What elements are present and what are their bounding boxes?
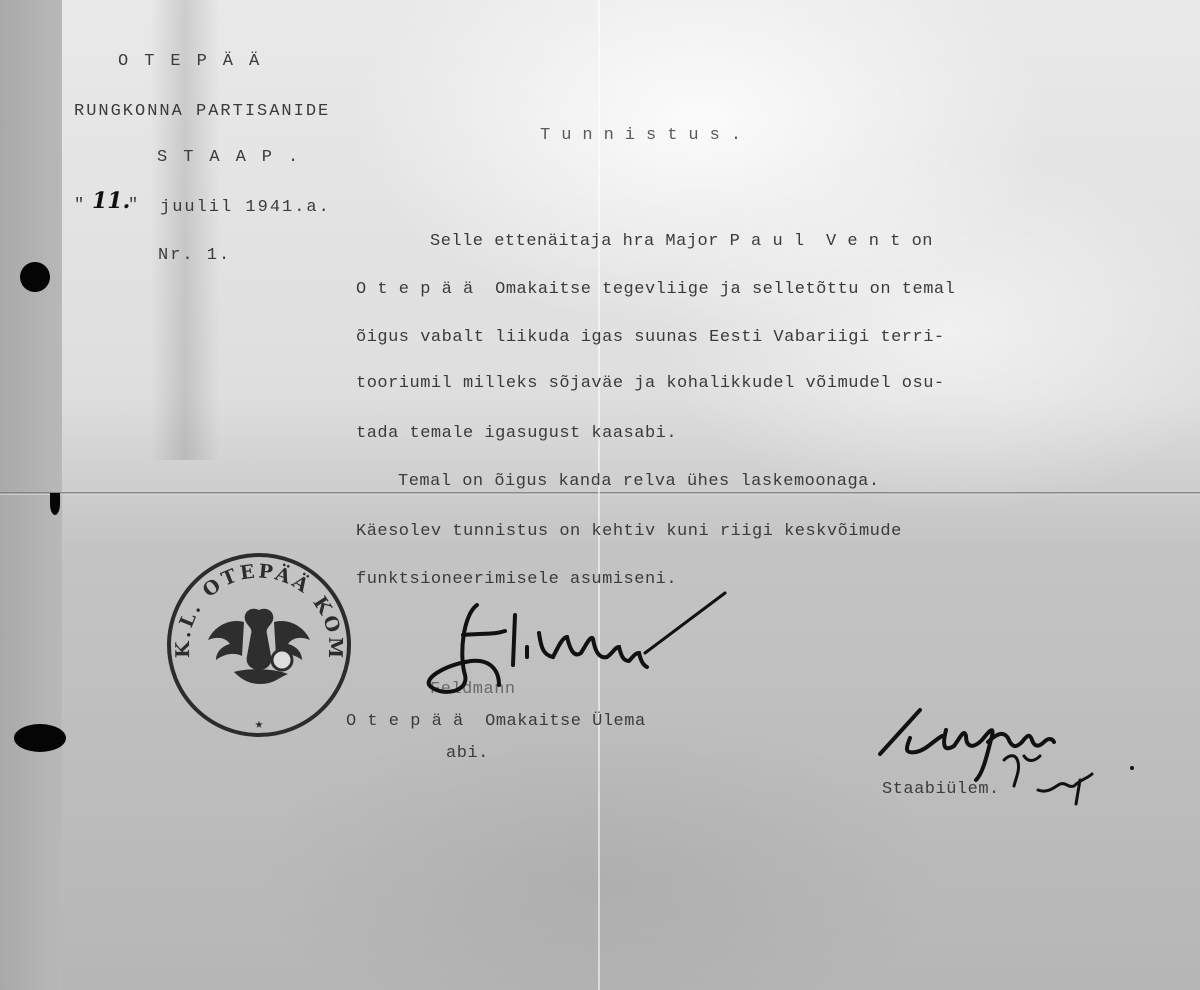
body-line: Käesolev tunnistus on kehtiv kuni riigi … bbox=[356, 522, 902, 541]
document-title: Tunnistus. bbox=[540, 126, 752, 145]
body-line: Selle ettenäitaja hra Major P a u l V e … bbox=[430, 232, 933, 251]
date-day-handwritten: 11. bbox=[92, 188, 130, 214]
date-quote-open: " bbox=[74, 196, 85, 215]
body-line: tada temale igasugust kaasabi. bbox=[356, 424, 677, 443]
date-quote-close: " bbox=[128, 196, 139, 215]
ink-dot bbox=[1130, 766, 1134, 770]
vertical-fold-line bbox=[598, 0, 600, 990]
horizontal-fold-line bbox=[0, 492, 1200, 495]
document-number: Nr. 1. bbox=[158, 246, 231, 265]
date-text: juulil 1941.a. bbox=[160, 198, 331, 217]
signature-right-icon bbox=[870, 690, 1170, 820]
header-line-3: STAAP. bbox=[157, 148, 314, 167]
body-line: õigus vabalt liikuda igas suunas Eesti V… bbox=[356, 328, 945, 347]
body-line: Temal on õigus kanda relva ühes laskemoo… bbox=[398, 472, 880, 491]
signatory-left-title-2: abi. bbox=[446, 744, 489, 763]
body-line: tooriumil milleks sõjaväe ja kohalikkude… bbox=[356, 374, 945, 393]
signatory-left-title: O t e p ä ä Omakaitse Ülema bbox=[346, 712, 646, 731]
punch-hole-icon bbox=[20, 262, 50, 292]
punch-hole-icon bbox=[14, 724, 66, 752]
header-line-1: OTEPÄÄ bbox=[118, 52, 275, 71]
header-line-2: RUNGKONNA PARTISANIDE bbox=[74, 102, 330, 121]
stamp-seal-icon: K.L. OTEPÄÄ KOMPANII ★ bbox=[164, 550, 354, 740]
punch-hole-icon bbox=[50, 493, 60, 515]
svg-text:★: ★ bbox=[255, 717, 264, 733]
official-stamp: K.L. OTEPÄÄ KOMPANII ★ bbox=[164, 550, 354, 740]
signature-left-icon bbox=[415, 585, 775, 705]
body-line: O t e p ä ä Omakaitse tegevliige ja sell… bbox=[356, 280, 955, 299]
